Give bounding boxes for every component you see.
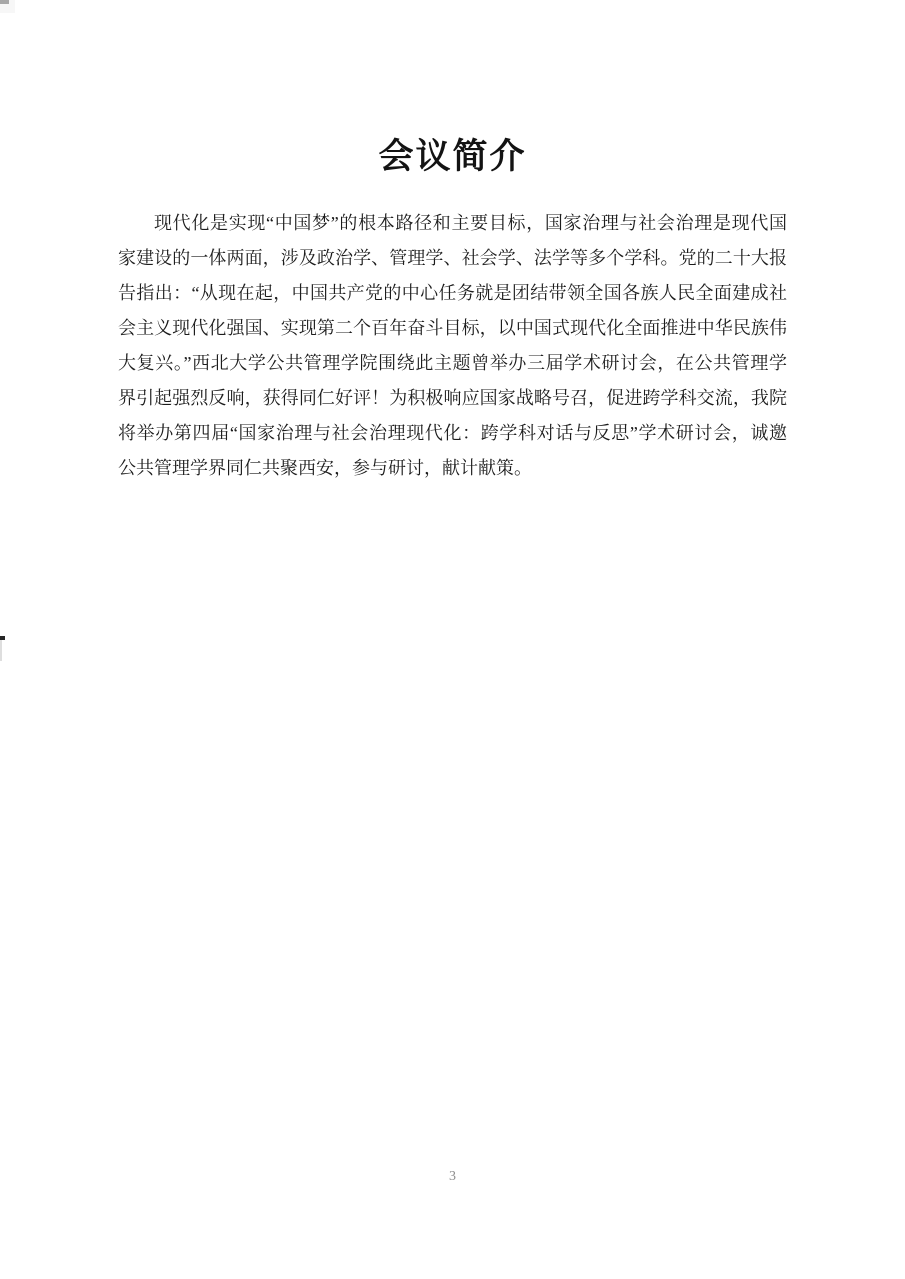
intro-paragraph: 现代化是实现“中国梦”的根本路径和主要目标，国家治理与社会治理是现代国家建设的一…	[118, 206, 787, 486]
paragraph-line: 告指出：“从现在起，中国共产党的中心任务就是团结带领全国各族人民全面建成社	[118, 276, 787, 311]
paragraph-line: 现代化是实现“中国梦”的根本路径和主要目标，国家治理与社会治理是现代国	[118, 206, 787, 241]
scan-artifact-edge-line	[0, 640, 2, 661]
page-title: 会议简介	[118, 139, 787, 175]
paragraph-line: 将举办第四届“国家治理与社会治理现代化：跨学科对话与反思”学术研讨会，诚邀	[118, 416, 787, 451]
page-number: 3	[0, 1169, 905, 1185]
paragraph-line: 公共管理学界同仁共聚西安，参与研讨，献计献策。	[118, 451, 787, 486]
paragraph-line: 大复兴。”西北大学公共管理学院围绕此主题曾举办三届学术研讨会，在公共管理学	[118, 346, 787, 381]
paragraph-line: 家建设的一体两面，涉及政治学、管理学、社会学、法学等多个学科。党的二十大报	[118, 241, 787, 276]
paragraph-line: 会主义现代化强国、实现第二个百年奋斗目标，以中国式现代化全面推进中华民族伟	[118, 311, 787, 346]
document-page: 会议简介 现代化是实现“中国梦”的根本路径和主要目标，国家治理与社会治理是现代国…	[0, 0, 905, 1279]
scan-artifact-corner-mark	[0, 0, 9, 4]
paragraph-line: 界引起强烈反响，获得同仁好评！为积极响应国家战略号召，促进跨学科交流，我院	[118, 381, 787, 416]
